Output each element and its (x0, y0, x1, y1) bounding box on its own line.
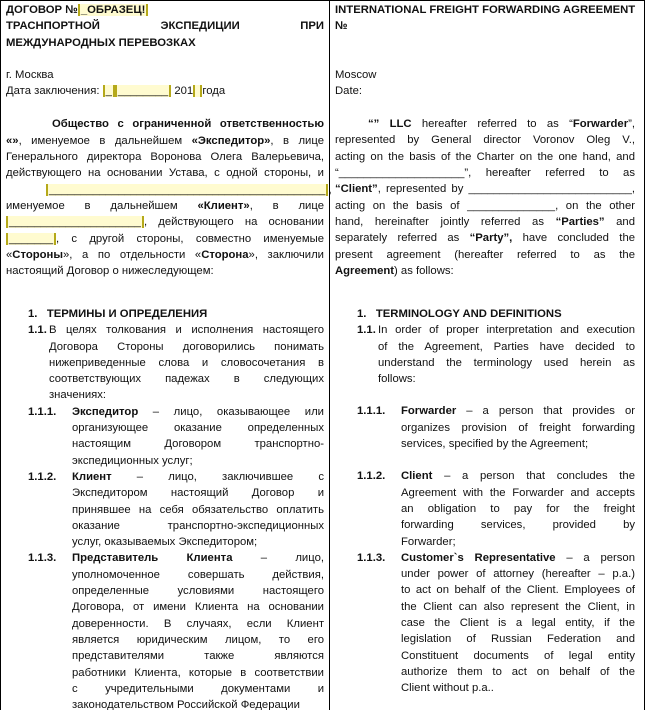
russian-column: ДОГОВОР №_ОБРАЗЕЦ! ТРАСНПОРТНОЙ ЭКСПЕДИЦ… (6, 2, 324, 279)
representative-field[interactable]: _____________________ (6, 216, 144, 228)
en-definition-1-1-3: 1.1.3.Customer`s Representative – a pers… (335, 550, 635, 697)
defined-term: Экспедитор (72, 406, 138, 418)
en-city: Moscow (335, 67, 635, 83)
date-year-field[interactable] (193, 85, 202, 97)
ru-definition-1-1-1: 1.1.1.Экспедитор – лицо, оказывающее или… (6, 404, 324, 469)
defined-term: Клиент (72, 471, 112, 483)
ru-title-line2: ТРАСНПОРТНОЙ ЭКСПЕДИЦИИ ПРИ (6, 18, 324, 34)
en-section-1: 1. TERMINOLOGY AND DEFINITIONS 1.1. In o… (335, 306, 635, 697)
en-section-heading: 1. TERMINOLOGY AND DEFINITIONS (335, 306, 635, 322)
basis-field[interactable]: _______ (6, 233, 56, 245)
en-title-line2: № (335, 18, 635, 34)
en-preamble: “” LLC hereafter referred to as “Forward… (335, 116, 635, 279)
ru-title-line1: ДОГОВОР №_ОБРАЗЕЦ! (6, 2, 324, 18)
ru-city: г. Москва (6, 67, 324, 83)
contract-number-field[interactable]: _ОБРАЗЕЦ! (78, 4, 149, 16)
defined-term: Customer`s Representative (401, 552, 556, 564)
ru-definition-1-1-2: 1.1.2.Клиент – лицо, заключившее сЭкспед… (6, 469, 324, 550)
column-divider (329, 0, 330, 710)
defined-term: Client (401, 470, 432, 482)
ru-clause-1-1: 1.1. В целях толкования и исполнения нас… (6, 322, 324, 403)
defined-term: Forwarder (401, 405, 456, 417)
company-name-field[interactable]: ________________________________________… (46, 184, 328, 196)
date-day-field[interactable]: _ (103, 85, 115, 97)
ru-definition-1-1-3: 1.1.3.Представитель Клиента – лицо,уполн… (6, 550, 324, 710)
en-definition-1-1-1: 1.1.1.Forwarder – a person that provides… (335, 403, 635, 452)
ru-section-heading: 1. ТЕРМИНЫ И ОПРЕДЕЛЕНИЯ (6, 306, 324, 322)
ru-date-line: Дата заключения: _________ 201 года (6, 83, 324, 99)
en-title-line1: INTERNATIONAL FREIGHT FORWARDING AGREEME… (335, 2, 635, 18)
defined-term: Представитель Клиента (72, 552, 232, 564)
ru-title-line3: МЕЖДУНАРОДНЫХ ПЕРЕВОЗКАХ (6, 35, 324, 51)
date-month-field[interactable]: ________ (115, 85, 171, 97)
ru-section-1: 1. ТЕРМИНЫ И ОПРЕДЕЛЕНИЯ 1.1. В целях то… (6, 306, 324, 710)
english-column: INTERNATIONAL FREIGHT FORWARDING AGREEME… (335, 2, 635, 279)
ru-preamble: Общество с ограниченной ответственностью… (6, 116, 324, 279)
en-definition-1-1-2: 1.1.2.Client – a person that concludes t… (335, 468, 635, 549)
en-date-label: Date: (335, 83, 635, 99)
en-clause-1-1: 1.1. In order of proper interpretation a… (335, 322, 635, 387)
